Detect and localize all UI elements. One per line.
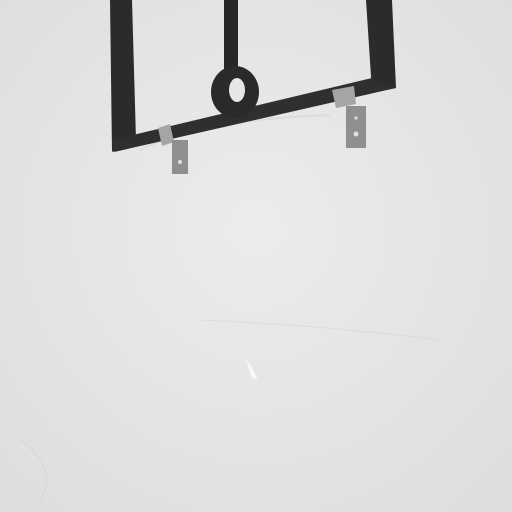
frame-center-bar xyxy=(224,0,238,72)
photo-scene xyxy=(0,0,512,512)
photo-canvas xyxy=(0,0,512,512)
frame-ring-hole xyxy=(229,78,245,102)
frame-left-post xyxy=(110,0,136,152)
wall-background xyxy=(0,0,512,512)
